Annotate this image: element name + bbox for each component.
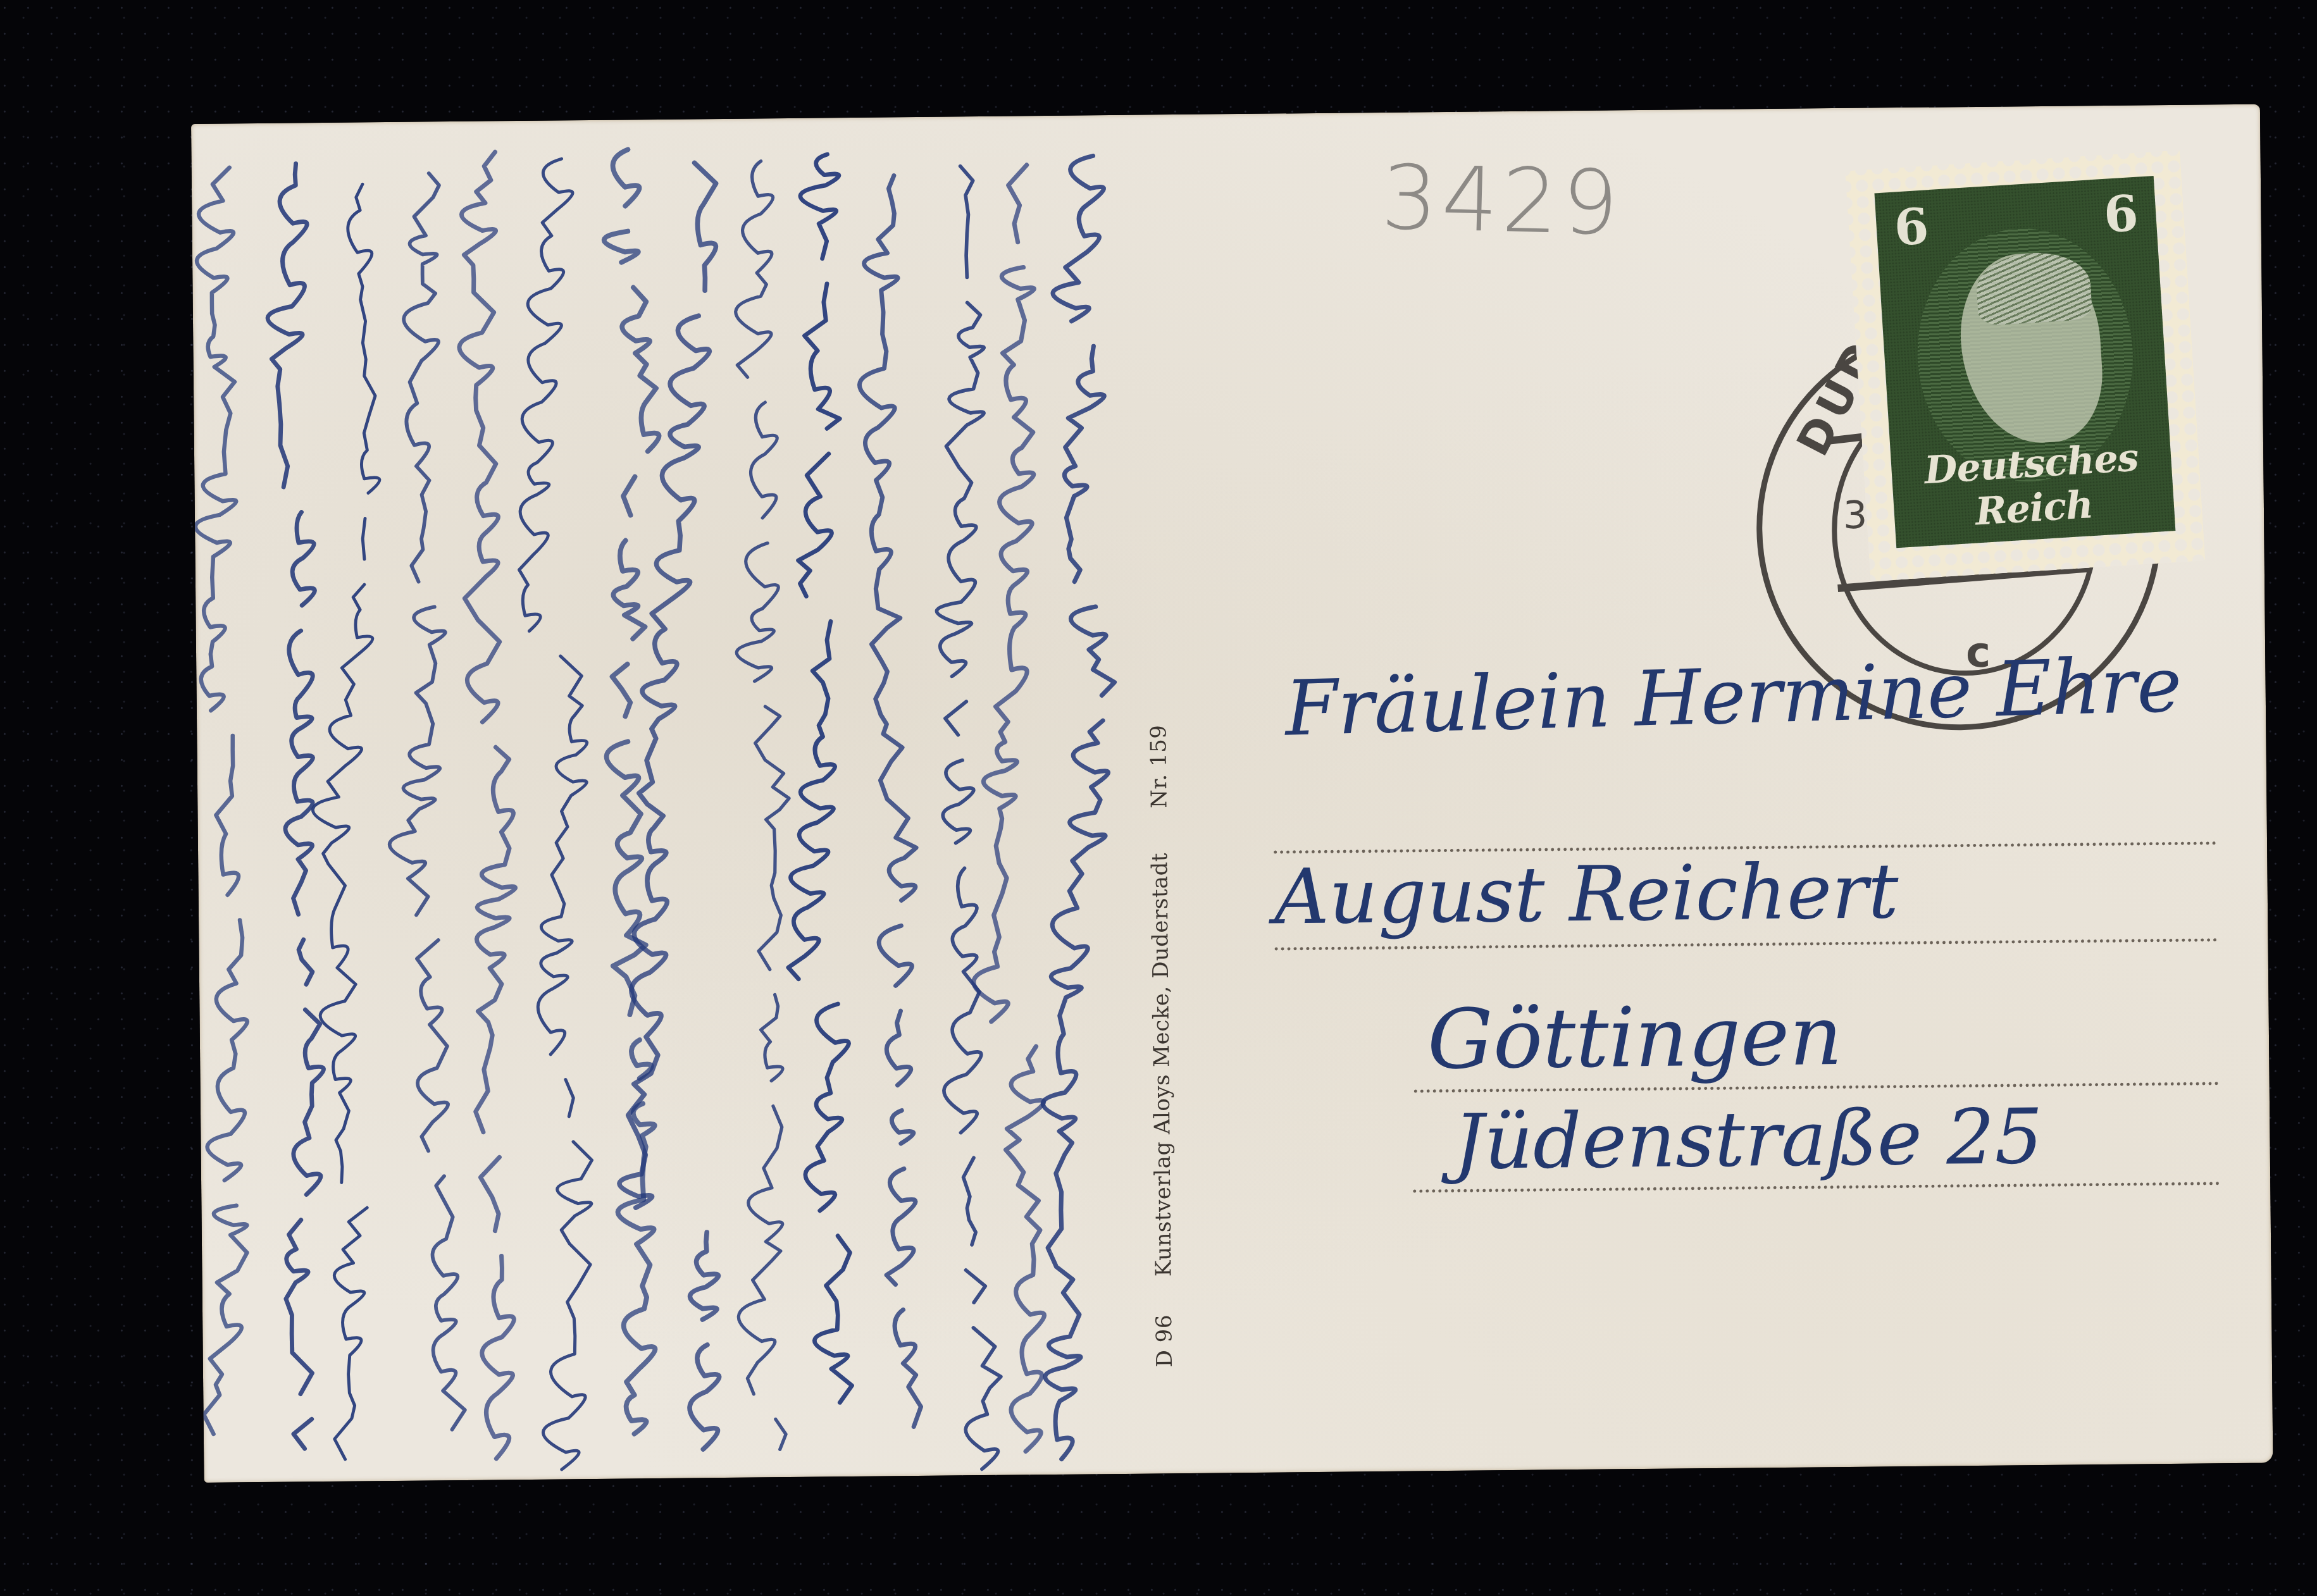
- stamp-value: 6: [2102, 185, 2140, 244]
- address-recipient-title: Fräulein Hermine Ehre: [1284, 641, 2183, 753]
- address-city: Göttingen: [1427, 987, 1842, 1087]
- stamp-value: 6: [1892, 197, 1930, 257]
- address-recipient-name: August Reichert: [1274, 848, 1899, 941]
- imprint-publisher: Kunstverlag Aloys Mecke, Duderstadt: [1147, 853, 1176, 1277]
- address-street: Jüdenstraße 25: [1453, 1093, 2044, 1187]
- imprint-number: Nr. 159: [1146, 724, 1172, 808]
- imprint-code: D 96: [1152, 1315, 1177, 1368]
- stamp-design: 6 6 Deutsches Reich: [1874, 176, 2175, 548]
- stamp-country: Deutsches Reich: [1891, 433, 2175, 539]
- postcard: D 96Kunstverlag Aloys Mecke, DuderstadtN…: [191, 104, 2273, 1483]
- inventory-number: 3429: [1380, 146, 1623, 256]
- handwritten-message: [191, 114, 1191, 1483]
- portrait-icon: [1956, 249, 2106, 447]
- postage-stamp: 6 6 Deutsches Reich: [1845, 150, 2205, 581]
